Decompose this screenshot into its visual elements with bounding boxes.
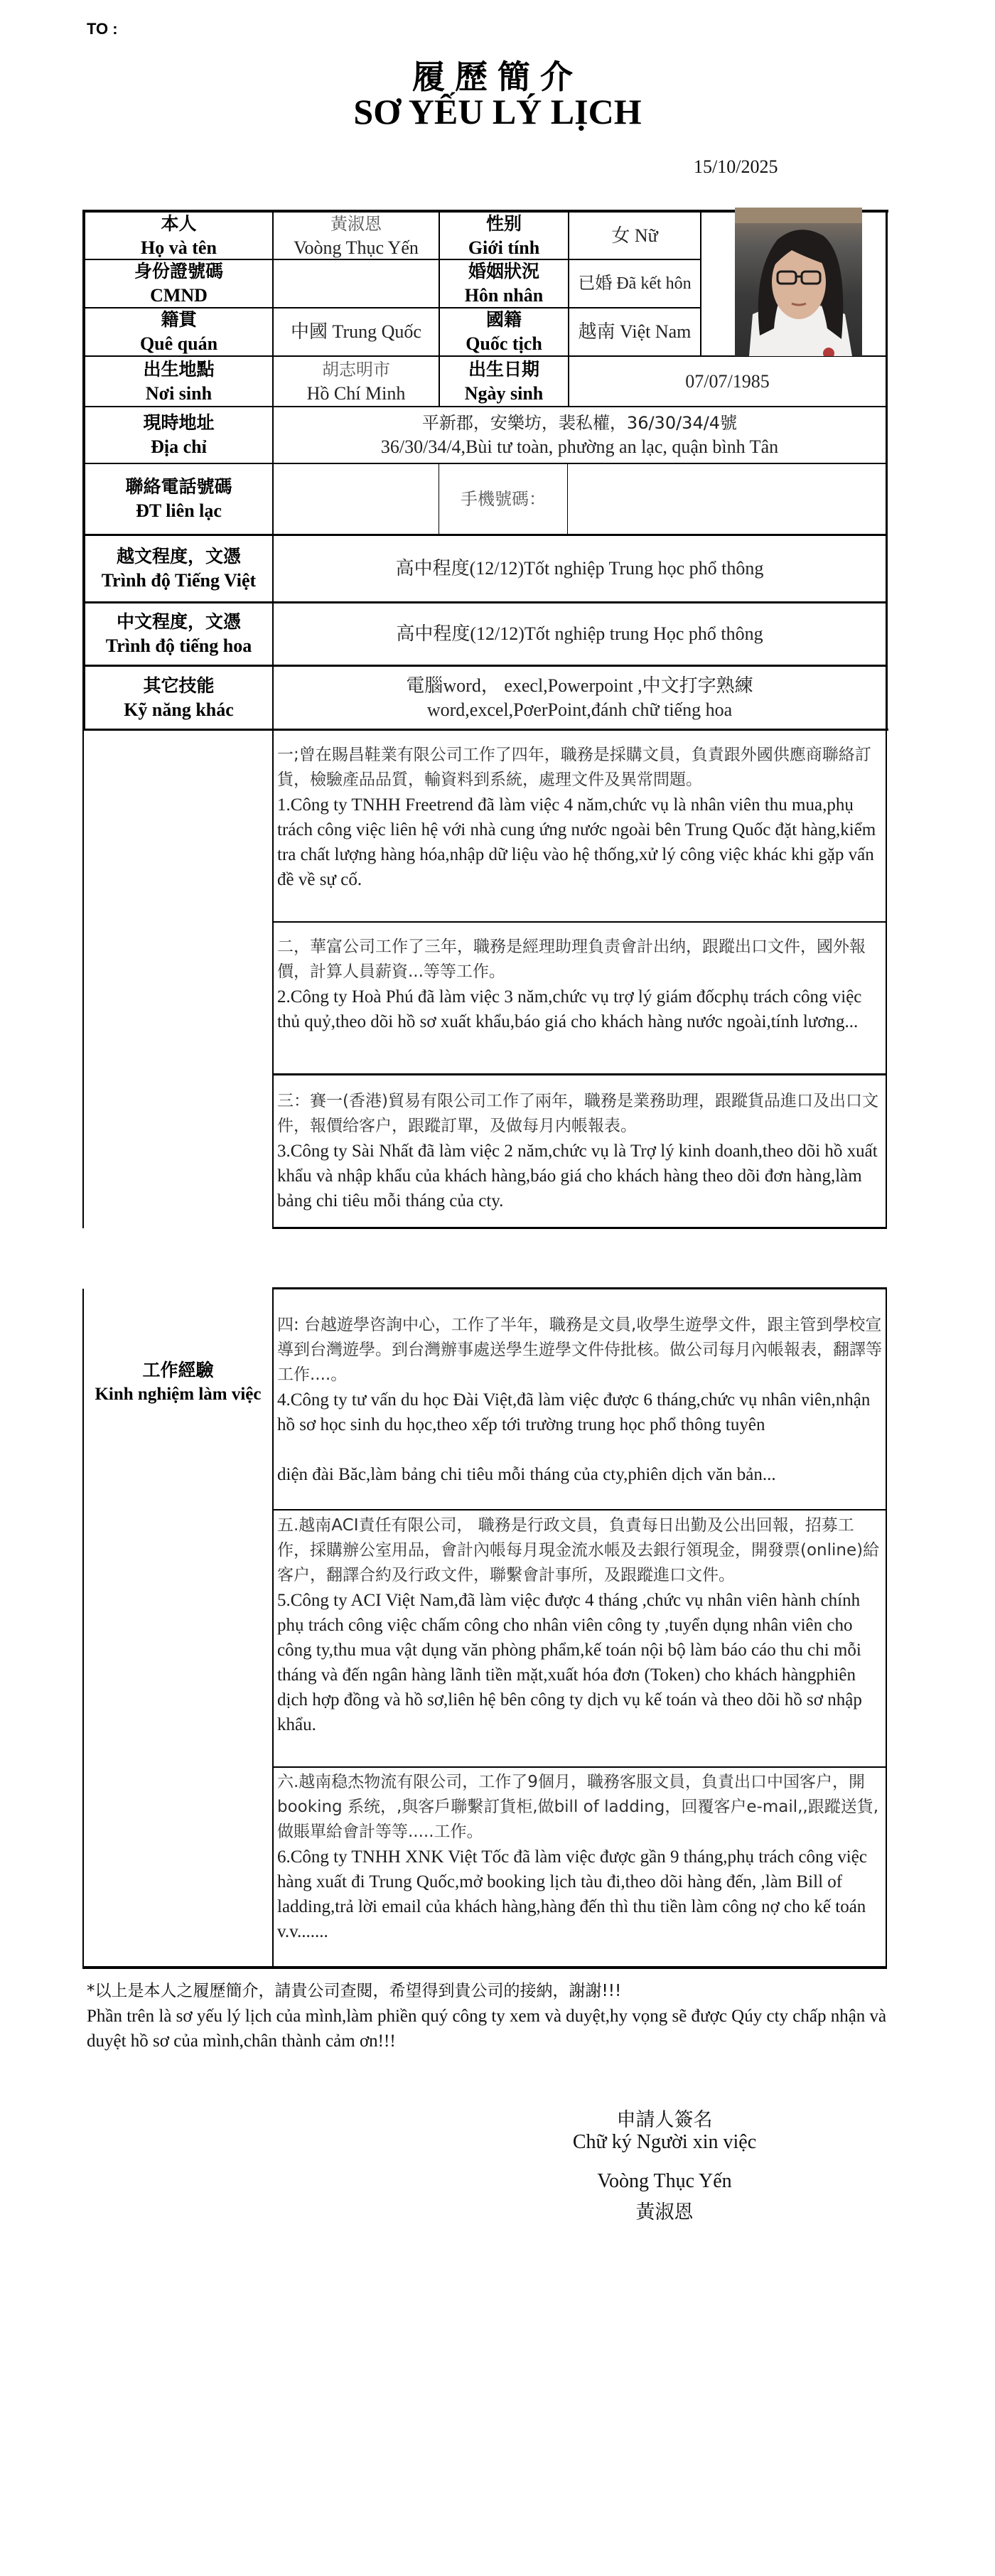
job-entry-1: 一;曾在賜昌鞋業有限公司工作了四年，職務是採購文員，負責跟外國供應商聯絡訂貨，檢… [274, 743, 886, 892]
job-divider-2 [272, 1073, 887, 1075]
job-divider-6 [272, 1766, 887, 1768]
signature-name-chinese: 黃淑恩 [497, 2196, 832, 2224]
mobile-label: 手機號碼： [439, 464, 567, 534]
birthplace-label: 出生地點 Nơi sinh [85, 357, 272, 406]
signature-label-vietnamese: Chữ ký Người xin việc [497, 2131, 832, 2154]
gender-value: 女 Nữ [569, 213, 700, 259]
phone-label: 聯絡電話號碼 ĐT liên lạc [85, 464, 272, 534]
birthplace-value: 胡志明市 Hồ Chí Minh [274, 357, 439, 406]
id-label: 身份證號碼 CMND [85, 260, 272, 307]
address-value: 平新郡，安樂坊，裴私權，36/30/34/4號 36/30/34/4,Bùi t… [274, 407, 886, 463]
table-bottom-border [82, 1966, 887, 1969]
other-skills-label: 其它技能 Kỹ năng khác [85, 667, 272, 729]
to-label: TO : [87, 20, 118, 38]
other-skills-value: 電腦word， execl,Powerpoint ,中文打字熟練 word,ex… [274, 667, 886, 729]
closing-note-chinese: *以上是本人之履歷簡介，請貴公司查閱，希望得到貴公司的接納，謝謝!!! [87, 1979, 904, 2004]
job-entry-2: 二，華富公司工作了三年，職務是經理助理負责會計出纳，跟蹤出口文件，國外報價，計算… [274, 935, 886, 1034]
exp-col-divider-1 [272, 730, 274, 1228]
experience-label: 工作經驗 Kinh nghiệm làm việc [84, 1351, 272, 1415]
job-entry-4: 四: 台越遊學咨詢中心，工作了半年，職務是文員,收學生遊學文件，跟主管到學校宣導… [274, 1313, 886, 1487]
job-entry-6: 六.越南稳杰物流有限公司，工作了9個月，職務客服文員，負責出口中国客户，開boo… [274, 1770, 886, 1944]
gender-label: 性别 Giới tính [440, 213, 568, 259]
nationality-label: 國籍 Quốc tịch [440, 308, 568, 355]
closing-note: *以上是本人之履歷簡介，請貴公司查閱，希望得到貴公司的接納，謝謝!!! Phần… [87, 1979, 904, 2054]
closing-note-vietnamese: Phần trên là sơ yếu lý lịch của mình,làm… [87, 2004, 904, 2054]
name-value: 黃淑恩 Voòng Thục Yến [274, 213, 439, 259]
chinese-level-value: 高中程度(12/12)Tốt nghiệp trung Học phổ thôn… [274, 603, 886, 665]
marital-label: 婚姻狀況 Hôn nhân [440, 260, 568, 307]
address-label: 現時地址 Địa chỉ [85, 407, 272, 463]
phone-value [274, 464, 439, 534]
table-right-border [886, 210, 888, 730]
portrait-image-icon [735, 208, 862, 356]
job-divider-3 [272, 1227, 887, 1229]
exp-left-border-1 [82, 730, 84, 1228]
name-label: 本人 Họ và tên [85, 213, 272, 259]
hometown-value: 中國 Trung Quốc [274, 308, 439, 355]
job-entry-3: 三：賽一(香港)貿易有限公司工作了兩年，職務是業務助理，跟蹤貨品進口及出口文件，… [274, 1089, 886, 1213]
job-divider-4 [272, 1287, 887, 1289]
exp-right-border-1 [886, 730, 887, 1228]
marital-value: 已婚 Đã kết hôn [569, 260, 700, 307]
signature-label-chinese: 申請人簽名 [497, 2104, 832, 2132]
chinese-level-label: 中文程度，文憑 Trình độ tiếng hoa [85, 603, 272, 665]
job-divider-1 [272, 921, 887, 923]
exp-col-divider-2 [272, 1288, 274, 1968]
job-divider-5 [272, 1509, 887, 1510]
row-divider-9 [82, 729, 888, 731]
hometown-label: 籍貫 Quê quán [85, 308, 272, 355]
exp-right-border-2 [886, 1288, 887, 1968]
col-divider-4 [700, 213, 701, 356]
job-entry-5: 五.越南ACI責任有限公司， 職務是行政文員，負責每日出勤及公出回報，招募工作，… [274, 1513, 886, 1737]
birthdate-label: 出生日期 Ngày sinh [440, 357, 568, 406]
vietnamese-level-value: 高中程度(12/12)Tốt nghiệp Trung học phổ thôn… [274, 536, 886, 601]
title-vietnamese: SƠ YẾU LÝ LỊCH [0, 91, 995, 132]
id-value [274, 260, 439, 307]
birthdate-value: 07/07/1985 [569, 357, 886, 406]
document-date: 15/10/2025 [694, 156, 778, 178]
mobile-value [568, 464, 886, 534]
nationality-value: 越南 Việt Nam [569, 308, 700, 355]
applicant-photo [735, 208, 862, 356]
signature-name-vietnamese: Voòng Thục Yến [497, 2170, 832, 2193]
vietnamese-level-label: 越文程度，文憑 Trình độ Tiếng Việt [85, 536, 272, 601]
